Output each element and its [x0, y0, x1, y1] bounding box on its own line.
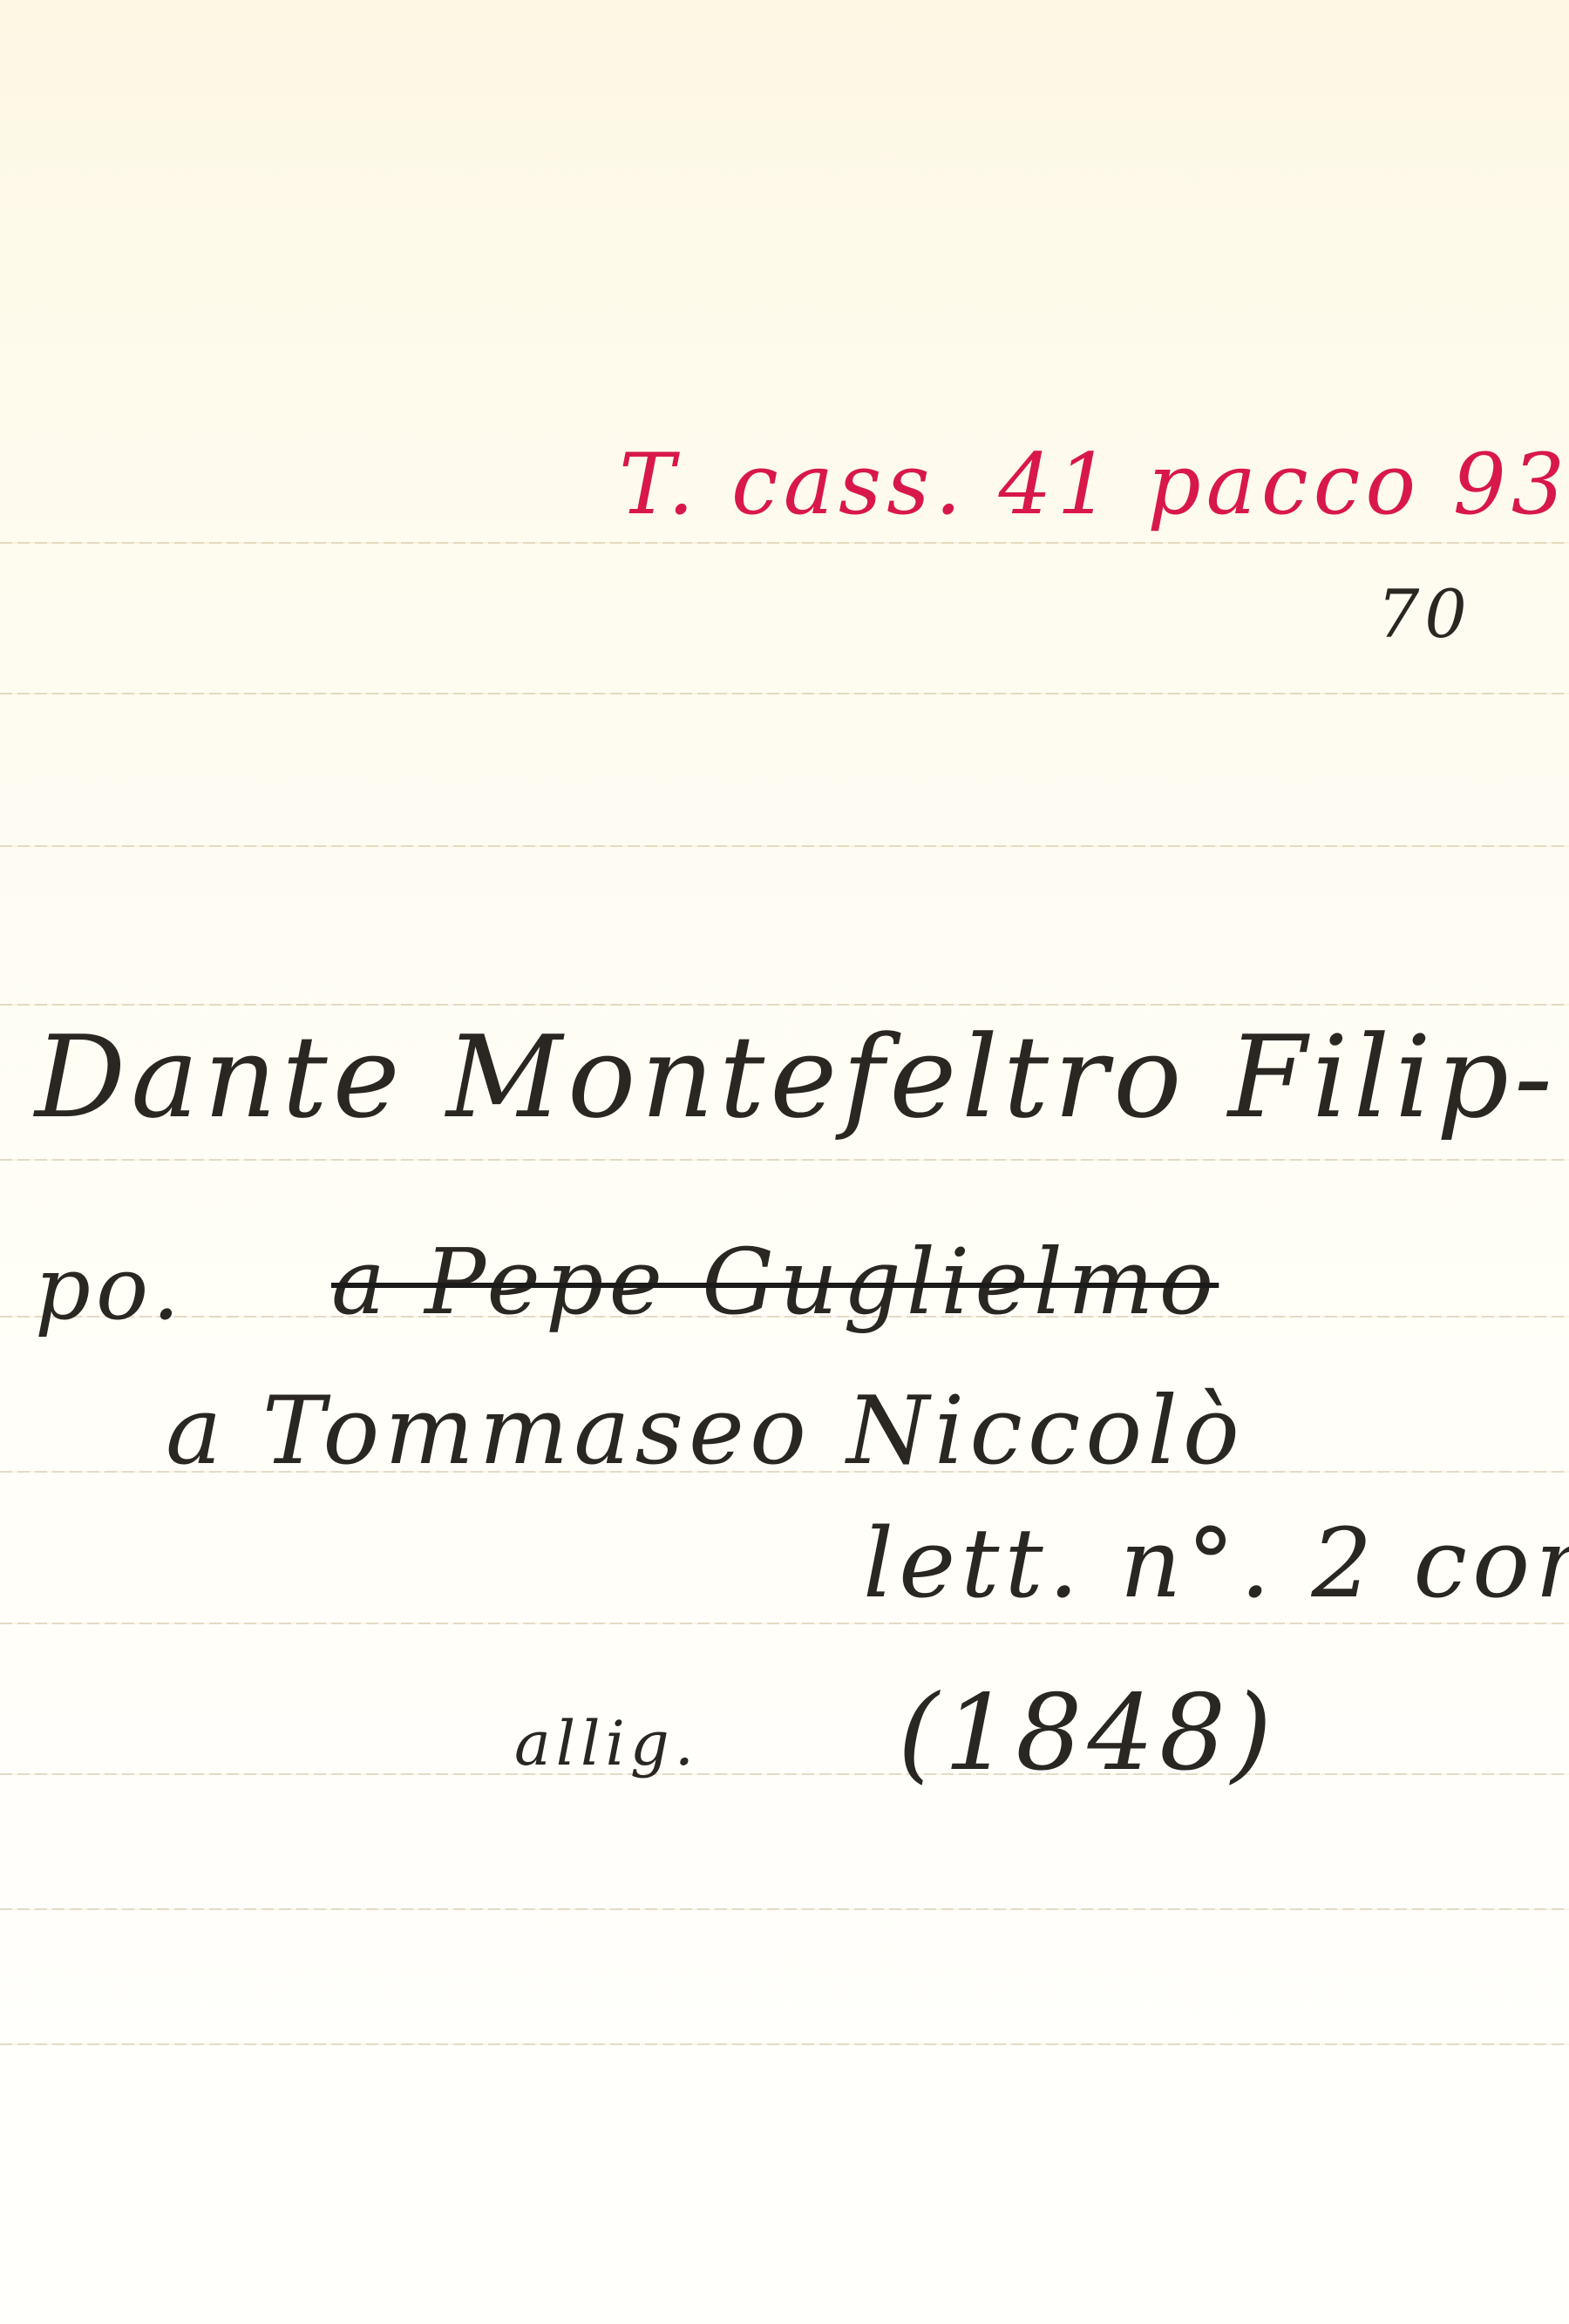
struck-recipient: a Pepe Guglielmo — [331, 1229, 1219, 1335]
ruled-line — [0, 1004, 1569, 1006]
attachments-note: allig. — [514, 1708, 699, 1779]
entry-name-line: Dante Montefeltro Filip- — [35, 1011, 1558, 1143]
shelfmark: T. cass. 41 pacco 93. — [619, 436, 1569, 533]
ruled-line — [0, 542, 1569, 544]
ruled-line — [0, 693, 1569, 694]
ruled-line — [0, 1908, 1569, 1910]
ruled-line — [0, 1159, 1569, 1161]
letter-count: lett. n°. 2 con — [863, 1508, 1569, 1619]
year: (1848) — [898, 1673, 1277, 1794]
entry-name-cont: po. — [35, 1237, 185, 1339]
ruled-line — [0, 2043, 1569, 2045]
ruled-line — [0, 1773, 1569, 1775]
ruled-line — [0, 845, 1569, 847]
ruled-line — [0, 1623, 1569, 1624]
recipient-line: a Tommaseo Niccolò — [166, 1377, 1245, 1486]
index-card: T. cass. 41 pacco 93. 70 Dante Montefelt… — [0, 0, 1569, 2324]
card-number: 70 — [1377, 575, 1472, 653]
